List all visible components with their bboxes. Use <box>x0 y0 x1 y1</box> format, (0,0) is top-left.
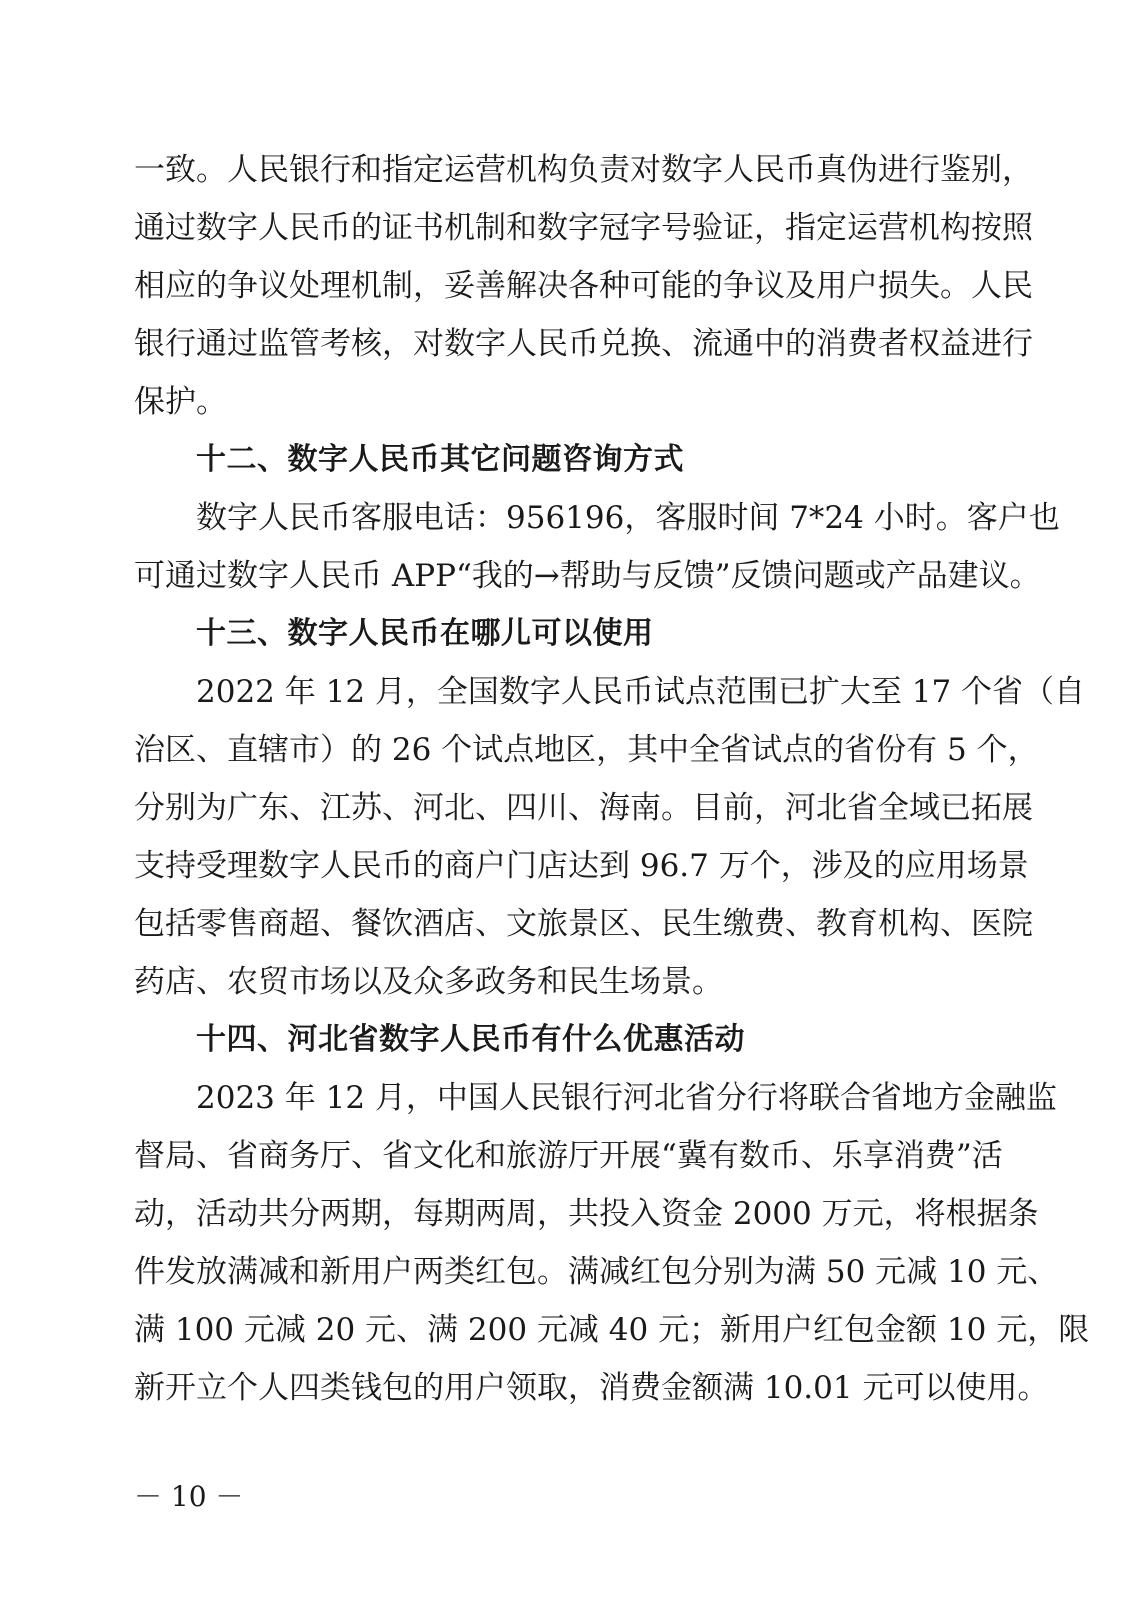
body-line: 件发放满减和新用户两类红包。满减红包分别为满 50 元减 10 元、 <box>134 1252 994 1292</box>
body-line: 分别为广东、江苏、河北、四川、海南。目前，河北省全域已拓展 <box>134 788 994 828</box>
body-line: 治区、直辖市）的 26 个试点地区，其中全省试点的省份有 5 个， <box>134 730 994 770</box>
document-page: 一致。人民银行和指定运营机构负责对数字人民币真伪进行鉴别， 通过数字人民币的证书… <box>0 0 1131 1600</box>
body-line: 2022 年 12 月，全国数字人民币试点范围已扩大至 17 个省（自 <box>196 672 994 712</box>
section-heading-13: 十三、数字人民币在哪儿可以使用 <box>196 614 654 654</box>
body-line: 保护。 <box>134 382 994 422</box>
body-line: 支持受理数字人民币的商户门店达到 96.7 万个，涉及的应用场景 <box>134 846 994 886</box>
body-line: 督局、省商务厅、省文化和旅游厅开展“冀有数币、乐享消费”活 <box>134 1136 994 1176</box>
section-heading-12: 十二、数字人民币其它问题咨询方式 <box>196 440 684 480</box>
body-line: 动，活动共分两期，每期两周，共投入资金 2000 万元，将根据条 <box>134 1194 994 1234</box>
section-heading-14: 十四、河北省数字人民币有什么优惠活动 <box>196 1020 745 1060</box>
body-line: 银行通过监管考核，对数字人民币兑换、流通中的消费者权益进行 <box>134 324 994 364</box>
body-line: 新开立个人四类钱包的用户领取，消费金额满 10.01 元可以使用。 <box>134 1368 994 1408</box>
body-line: 药店、农贸市场以及众多政务和民生场景。 <box>134 962 994 1002</box>
body-line: 相应的争议处理机制，妥善解决各种可能的争议及用户损失。人民 <box>134 266 994 306</box>
body-line: 数字人民币客服电话：956196，客服时间 7*24 小时。客户也 <box>196 498 994 538</box>
body-line: 2023 年 12 月，中国人民银行河北省分行将联合省地方金融监 <box>196 1078 994 1118</box>
body-line: 包括零售商超、餐饮酒店、文旅景区、民生缴费、教育机构、医院 <box>134 904 994 944</box>
body-line: 通过数字人民币的证书机制和数字冠字号验证，指定运营机构按照 <box>134 208 994 248</box>
body-line: 满 100 元减 20 元、满 200 元减 40 元；新用户红包金额 10 元… <box>134 1310 994 1350</box>
page-number: － 10 － <box>134 1479 243 1515</box>
body-line: 可通过数字人民币 APP“我的→帮助与反馈”反馈问题或产品建议。 <box>134 556 994 596</box>
body-line: 一致。人民银行和指定运营机构负责对数字人民币真伪进行鉴别， <box>134 150 994 190</box>
